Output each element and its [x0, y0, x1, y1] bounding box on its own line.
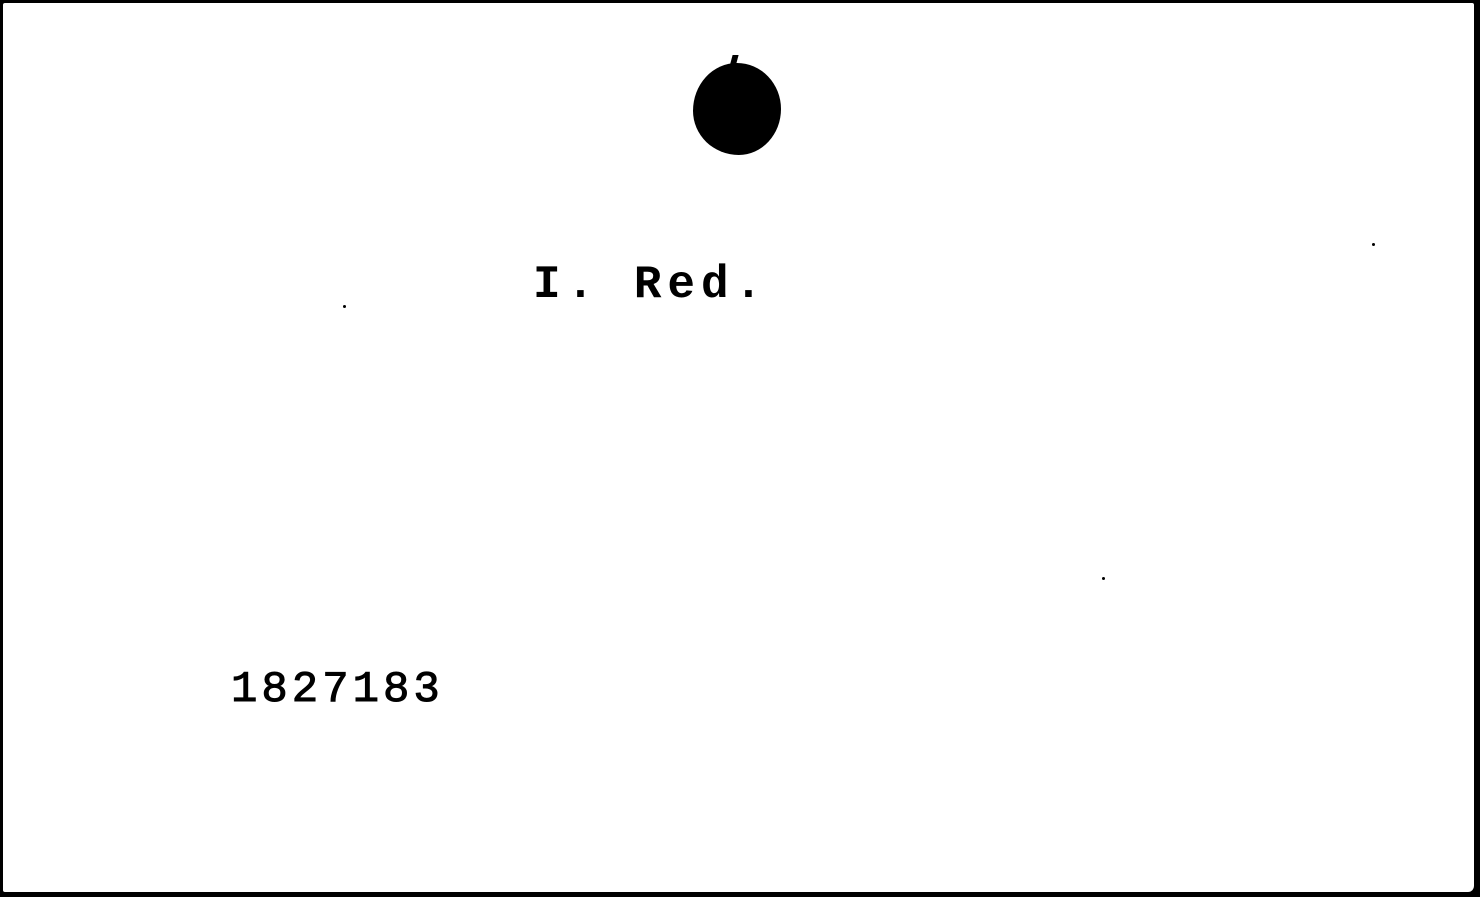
scanned-card-image: I. Red. 1827183 [0, 0, 1480, 897]
punch-hole [693, 63, 781, 155]
dust-speck [1102, 577, 1105, 580]
card-heading: I. Red. [533, 259, 768, 311]
card-number: 1827183 [231, 665, 444, 715]
dust-speck [1372, 243, 1375, 246]
dust-speck [343, 305, 346, 308]
index-card: I. Red. 1827183 [3, 3, 1474, 892]
